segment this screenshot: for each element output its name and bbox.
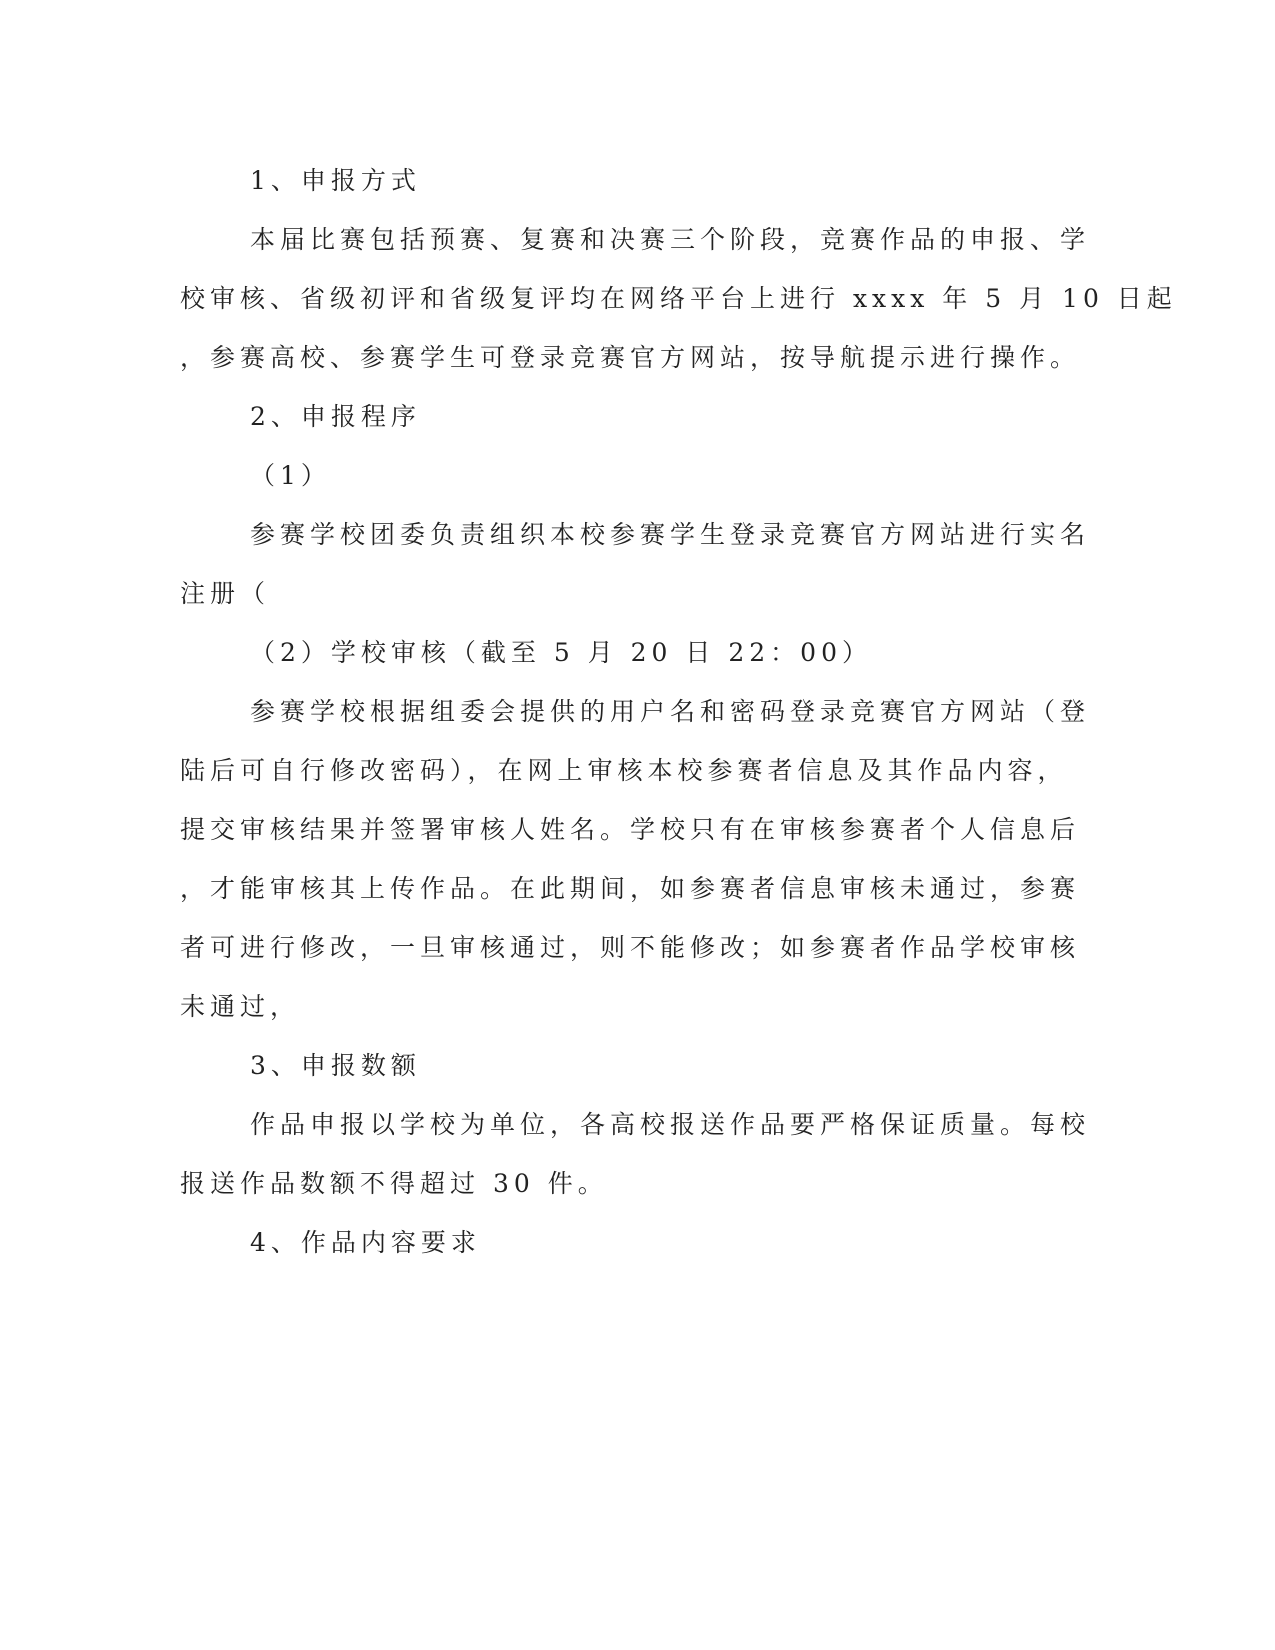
paragraph-line: 作品申报以学校为单位，各高校报送作品要严格保证质量。每校 [250, 1110, 1090, 1140]
subheading-step-2: （2）学校审核（截至 5 月 20 日 22：00） [250, 638, 872, 668]
paragraph-line: 参赛学校根据组委会提供的用户名和密码登录竞赛官方网站（登 [250, 697, 1090, 727]
paragraph-line: 注册（ [180, 579, 270, 609]
paragraph-line: 未通过， [180, 992, 300, 1022]
paragraph-line: 陆后可自行修改密码），在网上审核本校参赛者信息及其作品内容， [180, 756, 1068, 786]
paragraph-line: 者可进行修改，一旦审核通过，则不能修改；如参赛者作品学校审核 [180, 933, 1080, 963]
heading-submission-method: 1、申报方式 [250, 166, 421, 196]
document-page: 1、申报方式 本届比赛包括预赛、复赛和决赛三个阶段，竞赛作品的申报、学 校审核、… [0, 0, 1275, 1650]
paragraph-line: 报送作品数额不得超过 30 件。 [180, 1169, 608, 1199]
paragraph-line: ，参赛高校、参赛学生可登录竞赛官方网站，按导航提示进行操作。 [180, 343, 1080, 373]
subheading-step-1: （1） [250, 461, 331, 491]
paragraph-line: 本届比赛包括预赛、复赛和决赛三个阶段，竞赛作品的申报、学 [250, 225, 1090, 255]
paragraph-line: 提交审核结果并签署审核人姓名。学校只有在审核参赛者个人信息后 [180, 815, 1080, 845]
paragraph-line: 校审核、省级初评和省级复评均在网络平台上进行 xxxx 年 5 月 10 日起 [180, 284, 1177, 314]
heading-submission-procedure: 2、申报程序 [250, 402, 421, 432]
paragraph-line: 参赛学校团委负责组织本校参赛学生登录竞赛官方网站进行实名 [250, 520, 1090, 550]
heading-submission-quota: 3、申报数额 [250, 1051, 421, 1081]
paragraph-line: ，才能审核其上传作品。在此期间，如参赛者信息审核未通过，参赛 [180, 874, 1080, 904]
heading-content-requirements: 4、作品内容要求 [250, 1228, 481, 1258]
